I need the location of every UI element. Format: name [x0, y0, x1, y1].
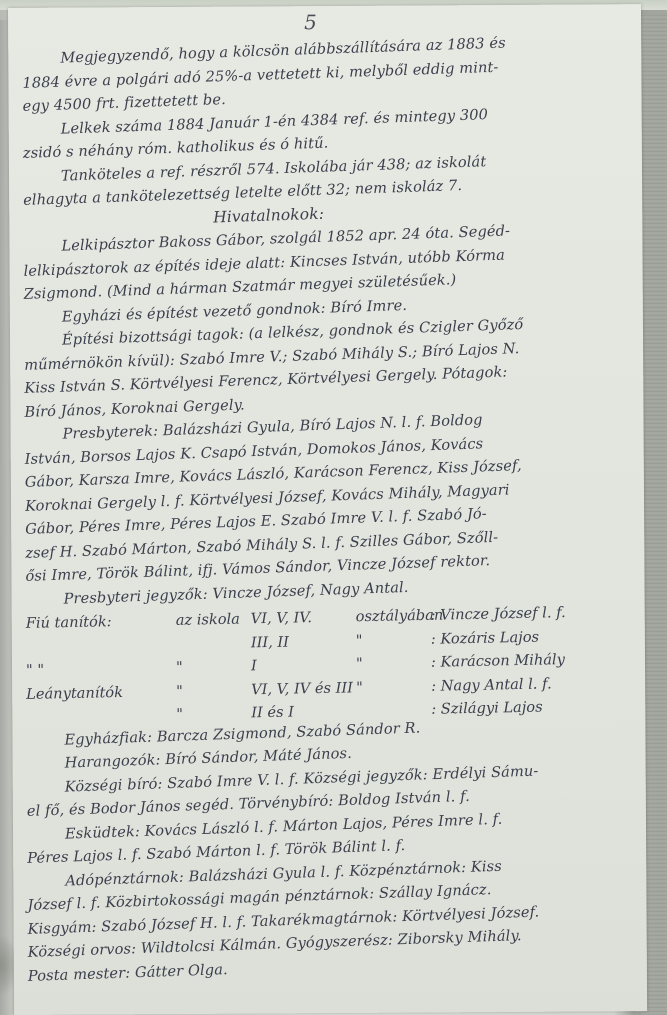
- teacher-name: : Karácson Mihály: [431, 648, 565, 674]
- teacher-role: Fiú tanítók:: [26, 610, 112, 635]
- teacher-classes: III, II: [251, 630, 290, 654]
- teacher-classes: I: [251, 654, 257, 678]
- page-number: 5: [304, 10, 317, 34]
- teacher-role: " ": [26, 659, 45, 683]
- scanned-document-scene: 5 Megjegyzendő, hogy a kölcsön alábbszál…: [0, 0, 667, 1015]
- teacher-classes: VI, V, IV és III: [251, 676, 353, 702]
- teacher-suffix: ": [356, 629, 363, 653]
- paragraphs-bottom: Egyházfiak: Barcza Zsigmond, Szabó Sándo…: [26, 726, 628, 988]
- handwritten-page: 5 Megjegyzendő, hogy a kölcsön alábbszál…: [8, 4, 647, 1015]
- teacher-name: : Kozáris Lajos: [431, 625, 540, 651]
- teacher-name: : Vincze József l. f.: [430, 601, 565, 627]
- teacher-suffix: ": [356, 676, 363, 700]
- teacher-place: ": [176, 679, 183, 703]
- teacher-role: Leánytanítók: [26, 680, 123, 705]
- teacher-suffix: ": [356, 652, 363, 676]
- paragraphs-top: Megjegyzendő, hogy a kölcsön alábbszállí…: [22, 44, 625, 612]
- teacher-place: az iskola: [175, 608, 240, 633]
- teacher-place: ": [176, 703, 183, 727]
- teacher-place: ": [176, 656, 183, 680]
- chronicle-text: Megjegyzendő, hogy a kölcsön alábbszállí…: [22, 44, 628, 988]
- teacher-name: : Nagy Antal l. f.: [431, 672, 552, 698]
- teachers-table: Fiú tanítók:az iskolaVI, V, IV.osztályáb…: [26, 608, 627, 729]
- teacher-classes: VI, V, IV.: [250, 606, 312, 631]
